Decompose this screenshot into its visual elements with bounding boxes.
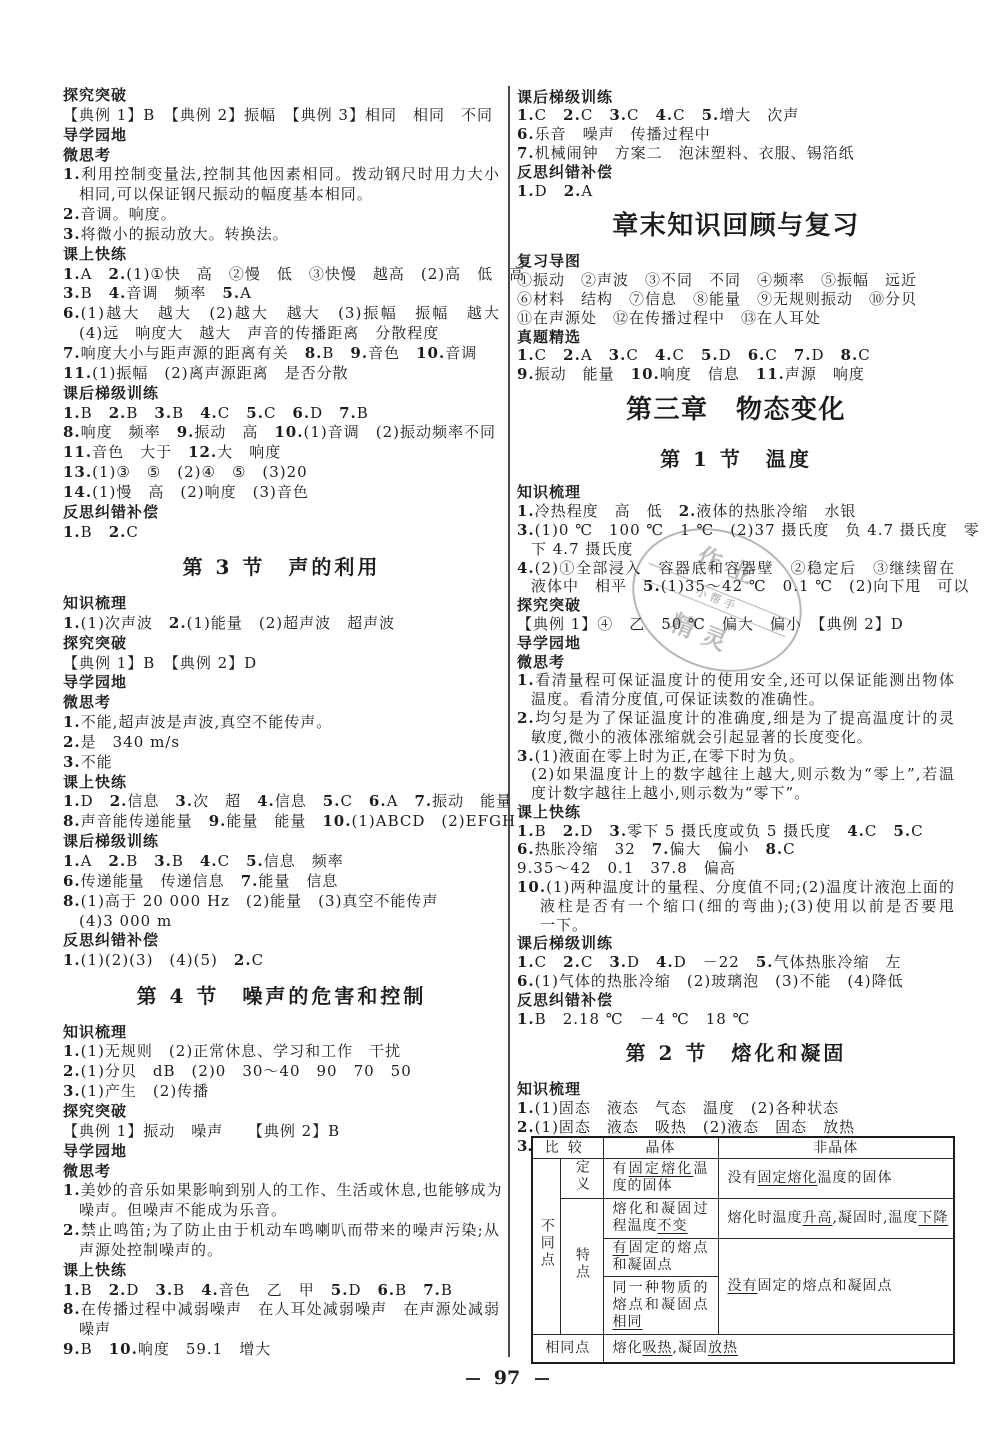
answer-line: ⑪在声源处 ⑫在传播过程中 ⑬在人耳处 xyxy=(517,309,955,328)
answer-item: 3.不能 xyxy=(63,753,500,773)
answer-item: 2.均匀是为了保证温度计的准确度,细是为了提高温度计的灵敏度,微小的液体涨缩就会… xyxy=(517,709,955,747)
right-column: 课后梯级训练1.C 2.C 3.C 4.C 5.增大 次声6.乐音 噪声 传播过… xyxy=(517,88,955,1357)
subsection-label: 知识梳理 xyxy=(517,1080,955,1099)
underlined-answer: 固定熔化 xyxy=(758,1170,818,1186)
cell-line: 有固定熔化温 xyxy=(613,1161,709,1178)
section-heading: 第 2 节 熔化和凝固 xyxy=(517,1028,955,1080)
subsection-label: 导学园地 xyxy=(63,1142,500,1162)
answer-item: 7.响度大小与距声源的距离有关 8.B 9.音色 10.音调 xyxy=(63,344,500,364)
answer-item: 【典例 1】振动 噪声 【典例 2】B xyxy=(63,1122,500,1142)
answer-item: 1.(1)(2)(3) (4)(5) 2.C xyxy=(63,951,500,971)
section-heading: 第 4 节 噪声的危害和控制 xyxy=(63,971,500,1023)
column-divider xyxy=(508,86,510,1357)
cell-text: 程温度 xyxy=(613,1218,658,1234)
subsection-label: 反思纠错补偿 xyxy=(63,931,500,951)
differences-label: 不同点 xyxy=(538,1218,555,1269)
crystal-comparison-table: 比较 晶体 非晶体 不同点 定义 有固定熔化温度的固体 没有固定熔化温度的固体 … xyxy=(531,1136,955,1364)
subsection-label: 课后梯级训练 xyxy=(63,832,500,852)
cell-text: 熔化 xyxy=(613,1340,643,1356)
answer-line: 温度。看清分度值,可保证读数的准确性。 xyxy=(517,690,955,709)
answer-item: 【典例 1】④ 乙 50 ℃ 偏大 偏小 【典例 2】D xyxy=(517,615,955,634)
cell-line: 度的固体 xyxy=(613,1178,709,1195)
answer-line: 4.(2)①全部浸入 容器底和容器壁 ②稳定后 ③继续留在 xyxy=(517,559,955,578)
answer-item: 11.(1)振幅 (2)离声源距离 是否分散 xyxy=(63,364,500,384)
cell-text: ,凝固 xyxy=(673,1340,708,1356)
answer-item: 1.(1)无规则 (2)正常休息、学习和工作 干扰 xyxy=(63,1042,500,1062)
answer-line: 液体中 相平 5.(1)35～42 ℃ 0.1 ℃ (2)向下甩 可以 xyxy=(517,577,955,596)
answer-item: 1.利用控制变量法,控制其他因素相同。拨动钢尺时用力大小相同,可以保证钢尺振动的… xyxy=(63,165,500,205)
answer-item: 3.(1)液面在零上时为正,在零下时为负。 xyxy=(517,747,955,766)
answer-item: 1.B 2.C xyxy=(63,523,500,543)
answer-line: 6.(1)气体的热胀冷缩 (2)玻璃泡 (3)不能 (4)降低 xyxy=(517,972,955,991)
answer-line: 3.不能 xyxy=(63,753,500,773)
answer-line: 3.(1)0 ℃ 100 ℃ 1 ℃ (2)37 摄氏度 负 4.7 摄氏度 零 xyxy=(517,521,955,540)
cell-definition-amorphous: 没有固定熔化温度的固体 xyxy=(718,1158,954,1198)
answer-item: (2)如果温度计上的数字越往上越大,则示数为“零上”,若温度计数字越往上越小,则… xyxy=(517,765,955,803)
underlined-answer: 不变 xyxy=(658,1218,688,1234)
cell-line: 熔化时温度升高,凝固时,温度下降 xyxy=(728,1210,945,1227)
answer-item: 9.B 10.响度 59.1 增大 xyxy=(63,1340,500,1360)
answer-line: 11.音色 大于 12.大 响度 xyxy=(63,443,500,463)
comparison-table-block: 3. 比较 晶体 非晶体 不同点 定义 有固定熔化温度的固体 没有固定熔化温度的… xyxy=(517,1136,955,1356)
answer-item: 8.响度 频率 9.振动 高 10.(1)音调 (2)振动频率不同 xyxy=(63,423,500,443)
answer-item: 1.B 2.B 3.B 4.C 5.C 6.D 7.B xyxy=(63,404,500,424)
answer-line: 下 4.7 摄氏度 xyxy=(517,540,955,559)
cell-text: 熔点和凝固点 xyxy=(613,1297,709,1313)
answer-item: 3.(1)产生 (2)传播 xyxy=(63,1082,500,1102)
answer-item: 1.冷热程度 高 低 2.液体的热胀冷缩 水银 xyxy=(517,502,955,521)
answer-item: ①振动 ②声波 ③不同 不同 ④频率 ⑤振幅 远近 xyxy=(517,271,955,290)
answer-item: 4.(2)①全部浸入 容器底和容器壁 ②稳定后 ③继续留在液体中 相平 5.(1… xyxy=(517,559,955,597)
subsection-label: 探究突破 xyxy=(517,596,955,615)
answer-item: 1.(1)固态 液态 气态 温度 (2)各种状态 xyxy=(517,1099,955,1118)
answer-line: 1.D 2.信息 3.次 超 4.信息 5.C 6.A 7.振动 能量 xyxy=(63,792,500,812)
answer-item: 2.音调。响度。 xyxy=(63,205,500,225)
header-compare: 比较 xyxy=(532,1137,603,1158)
answer-item: (4)3 000 m xyxy=(63,912,500,932)
answer-line: 2.(1)固态 液态 吸热 (2)液态 固态 放热 xyxy=(517,1118,955,1137)
answer-line: 噪声。但噪声不能成为乐音。 xyxy=(63,1201,500,1221)
answer-item: 3.将微小的振动放大。转换法。 xyxy=(63,225,500,245)
chapter-heading: 第三章 物态变化 xyxy=(517,384,955,436)
cell-text: 熔化和凝固过 xyxy=(613,1201,709,1217)
cell-melting-point-crystal: 有固定的熔点和凝固点 xyxy=(603,1238,718,1276)
subsection-label: 探究突破 xyxy=(63,86,500,106)
answer-item: 1.D 2.A xyxy=(517,182,955,201)
answer-item: 1.C 2.C 3.D 4.D －22 5.气体热胀冷缩 左 xyxy=(517,953,955,972)
cell-text: 没有 xyxy=(728,1170,758,1186)
differences-cell: 不同点 xyxy=(532,1158,560,1334)
subsection-label: 导学园地 xyxy=(517,634,955,653)
subsection-label: 探究突破 xyxy=(63,1102,500,1122)
answer-line: 【典例 1】B 【典例 2】振幅 【典例 3】相同 相同 不同 xyxy=(63,106,500,126)
answer-item: 1.看清量程可保证温度计的使用安全,还可以保证能测出物体温度。看清分度值,可保证… xyxy=(517,671,955,709)
answer-line: 一下。 xyxy=(517,916,955,935)
subsection-label: 微思考 xyxy=(63,146,500,166)
answer-item: 14.(1)慢 高 (2)响度 (3)音色 xyxy=(63,483,500,503)
cell-line: 没有固定的熔点和凝固点 xyxy=(728,1278,945,1295)
answer-item: 6.(1)气体的热胀冷缩 (2)玻璃泡 (3)不能 (4)降低 xyxy=(517,972,955,991)
answer-line: 1.A 2.B 3.B 4.C 5.信息 频率 xyxy=(63,852,500,872)
answer-line: 1.美妙的音乐如果影响到别人的工作、生活或休息,也能够成为 xyxy=(63,1181,500,1201)
answer-item: 1.B 2.D 3.B 4.音色 乙 甲 5.D 6.B 7.B xyxy=(63,1281,500,1301)
answer-line: 1.C 2.C 3.D 4.D －22 5.气体热胀冷缩 左 xyxy=(517,953,955,972)
answer-line: 1.C 2.C 3.C 4.C 5.增大 次声 xyxy=(517,106,955,125)
answer-item: 8.(1)高于 20 000 Hz (2)能量 (3)真空不能传声 xyxy=(63,892,500,912)
answer-line: 1.B 2.18 ℃ －4 ℃ 18 ℃ xyxy=(517,1010,955,1029)
answer-item: 10.(1)两种温度计的量程、分度值不同;(2)温度计液泡上面的液柱是否有一个缩… xyxy=(517,878,955,934)
answer-line: 1.C 2.A 3.C 4.C 5.D 6.C 7.D 8.C xyxy=(517,346,955,365)
cell-text: ,凝固时,温度 xyxy=(833,1210,919,1226)
answer-item: 3.B 4.音调 频率 5.A xyxy=(63,284,500,304)
cell-line: 熔化和凝固过 xyxy=(613,1201,709,1218)
answer-line: (4)远 响度大 越大 声音的传播距离 分散程度 xyxy=(63,324,500,344)
answer-line: 7.机械闹钟 方案二 泡沫塑料、衣服、锡箔纸 xyxy=(517,144,955,163)
answer-line: 6.传递能量 传递信息 7.能量 信息 xyxy=(63,872,500,892)
answer-line: 6.乐音 噪声 传播过程中 xyxy=(517,125,955,144)
answer-item: 9.35～42 0.1 37.8 偏高 xyxy=(517,859,955,878)
answer-item: 1.美妙的音乐如果影响到别人的工作、生活或休息,也能够成为噪声。但噪声不能成为乐… xyxy=(63,1181,500,1221)
subsection-label: 反思纠错补偿 xyxy=(63,503,500,523)
cell-text: 和凝固点 xyxy=(613,1257,673,1273)
underlined-answer: 有 xyxy=(613,1240,629,1256)
answer-line: 相同,可以保证钢尺振动的幅度基本相同。 xyxy=(63,185,500,205)
answer-line: 8.响度 频率 9.振动 高 10.(1)音调 (2)振动频率不同 xyxy=(63,423,500,443)
answer-line: 2.(1)分贝 dB (2)0 30～40 90 70 50 xyxy=(63,1062,500,1082)
answer-line: 1.(1)(2)(3) (4)(5) 2.C xyxy=(63,951,500,971)
answer-line: 2.音调。响度。 xyxy=(63,205,500,225)
subsection-label: 知识梳理 xyxy=(63,594,500,614)
answer-line: 度计数字越往上越小,则示数为“零下”。 xyxy=(517,784,955,803)
subsection-label: 探究突破 xyxy=(63,634,500,654)
answer-item: 【典例 1】B 【典例 2】D xyxy=(63,654,500,674)
answer-item: 1.A 2.(1)①快 高 ②慢 低 ③快慢 越高 (2)高 低 高 xyxy=(63,265,500,285)
answer-line: 9.B 10.响度 59.1 增大 xyxy=(63,1340,500,1360)
answer-item: 1.不能,超声波是声波,真空不能传声。 xyxy=(63,713,500,733)
subsection-label: 课后梯级训练 xyxy=(63,384,500,404)
answer-line: 14.(1)慢 高 (2)响度 (3)音色 xyxy=(63,483,500,503)
cell-text: 熔化时温度 xyxy=(728,1210,803,1226)
answer-line: 1.利用控制变量法,控制其他因素相同。拨动钢尺时用力大小 xyxy=(63,165,500,185)
answer-line: 敏度,微小的液体涨缩就会引起显著的长度变化。 xyxy=(517,728,955,747)
answer-line: 10.(1)两种温度计的量程、分度值不同;(2)温度计液泡上面的 xyxy=(517,878,955,897)
left-column: 探究突破【典例 1】B 【典例 2】振幅 【典例 3】相同 相同 不同导学园地微… xyxy=(63,86,500,1360)
cell-text: 同一种物质的 xyxy=(613,1280,709,1296)
subsection-label: 反思纠错补偿 xyxy=(517,163,955,182)
answer-line: 1.B 2.D 3.B 4.音色 乙 甲 5.D 6.B 7.B xyxy=(63,1281,500,1301)
subsection-label: 反思纠错补偿 xyxy=(517,991,955,1010)
answer-line: 1.冷热程度 高 低 2.液体的热胀冷缩 水银 xyxy=(517,502,955,521)
subsection-label: 导学园地 xyxy=(63,126,500,146)
chapter-heading: 章末知识回顾与复习 xyxy=(517,200,955,252)
cell-melting-point-amorphous: 没有固定的熔点和凝固点 xyxy=(718,1238,954,1334)
subsection-label: 课上快练 xyxy=(63,773,500,793)
answer-line: ⑥材料 结构 ⑦信息 ⑧能量 ⑨无规则振动 ⑩分贝 xyxy=(517,290,955,309)
answer-line: 2.是 340 m/s xyxy=(63,733,500,753)
answer-line: 9.振动 能量 10.响度 信息 11.声源 响度 xyxy=(517,365,955,384)
subsection-label: 微思考 xyxy=(63,1162,500,1182)
definition-label: 定义 xyxy=(573,1159,590,1193)
underlined-answer: 固定熔化 xyxy=(629,1161,694,1177)
similarities-label: 相同点 xyxy=(532,1334,603,1363)
cell-text: 温 xyxy=(694,1161,709,1177)
answer-item: 2.(1)分贝 dB (2)0 30～40 90 70 50 xyxy=(63,1062,500,1082)
answer-line: 2.均匀是为了保证温度计的准确度,细是为了提高温度计的灵 xyxy=(517,709,955,728)
subsection-label: 课上快练 xyxy=(517,803,955,822)
cell-line: 熔化吸热,凝固放热 xyxy=(613,1340,945,1357)
answer-item: 8.声音能传递能量 9.能量 能量 10.(1)ABCD (2)EFGH xyxy=(63,812,500,832)
cell-process-amorphous: 熔化时温度升高,凝固时,温度下降 xyxy=(718,1198,954,1238)
underlined-answer: 放热 xyxy=(708,1340,738,1356)
definition-cell: 定义 xyxy=(560,1158,603,1198)
answer-item: 1.C 2.C 3.C 4.C 5.增大 次声 xyxy=(517,106,955,125)
answer-line: 1.看清量程可保证温度计的使用安全,还可以保证能测出物体 xyxy=(517,671,955,690)
underlined-answer: 相同 xyxy=(613,1314,643,1330)
answer-line: 7.响度大小与距声源的距离有关 8.B 9.音色 10.音调 xyxy=(63,344,500,364)
answer-item: 1.C 2.A 3.C 4.C 5.D 6.C 7.D 8.C xyxy=(517,346,955,365)
answer-line: 1.B 2.C xyxy=(63,523,500,543)
answer-line: 11.(1)振幅 (2)离声源距离 是否分散 xyxy=(63,364,500,384)
cell-text: 固定的熔点 xyxy=(629,1240,709,1256)
answer-item: 1.A 2.B 3.B 4.C 5.信息 频率 xyxy=(63,852,500,872)
answer-line: 3.(1)产生 (2)传播 xyxy=(63,1082,500,1102)
cell-text: 度的固体 xyxy=(613,1178,673,1194)
cell-similarities: 熔化吸热,凝固放热 xyxy=(603,1334,954,1363)
answer-line: 1.(1)次声波 2.(1)能量 (2)超声波 超声波 xyxy=(63,614,500,634)
answer-item: 13.(1)③ ⑤ (2)④ ⑤ (3)20 xyxy=(63,463,500,483)
answer-line: 13.(1)③ ⑤ (2)④ ⑤ (3)20 xyxy=(63,463,500,483)
underlined-answer: 下降 xyxy=(918,1210,948,1226)
cell-line: 没有固定熔化温度的固体 xyxy=(728,1170,945,1187)
subsection-label: 导学园地 xyxy=(63,673,500,693)
answer-item: 6.乐音 噪声 传播过程中 xyxy=(517,125,955,144)
answer-line: 1.A 2.(1)①快 高 ②慢 低 ③快慢 越高 (2)高 低 高 xyxy=(63,265,500,285)
answer-line: 1.(1)无规则 (2)正常休息、学习和工作 干扰 xyxy=(63,1042,500,1062)
answer-line: 1.不能,超声波是声波,真空不能传声。 xyxy=(63,713,500,733)
answer-item: 6.热胀冷缩 32 7.偏大 偏小 8.C xyxy=(517,840,955,859)
answer-line: 6.(1)越大 越大 (2)越大 越大 (3)振幅 振幅 越大 xyxy=(63,304,500,324)
answer-item: 11.音色 大于 12.大 响度 xyxy=(63,443,500,463)
cell-line: 熔点和凝固点 xyxy=(613,1297,709,1314)
answer-item: 6.(1)越大 越大 (2)越大 越大 (3)振幅 振幅 越大(4)远 响度大 … xyxy=(63,304,500,344)
cell-line: 和凝固点 xyxy=(613,1257,709,1274)
cell-process-crystal: 熔化和凝固过程温度不变 xyxy=(603,1198,718,1238)
subsection-label: 复习导图 xyxy=(517,252,955,271)
underlined-answer: 吸热 xyxy=(643,1340,673,1356)
section-heading: 第 3 节 声的利用 xyxy=(63,542,500,594)
answer-item: 1.D 2.信息 3.次 超 4.信息 5.C 6.A 7.振动 能量 xyxy=(63,792,500,812)
answer-line: 3.B 4.音调 频率 5.A xyxy=(63,284,500,304)
answer-item: ⑪在声源处 ⑫在传播过程中 ⑬在人耳处 xyxy=(517,309,955,328)
answer-item: 1.B 2.D 3.零下 5 摄氏度或负 5 摄氏度 4.C 5.C xyxy=(517,822,955,841)
page-number-dash-right xyxy=(535,1378,549,1380)
cell-text: 温度的固体 xyxy=(818,1170,893,1186)
features-label: 特点 xyxy=(573,1247,590,1281)
answer-line: 1.B 2.B 3.B 4.C 5.C 6.D 7.B xyxy=(63,404,500,424)
cell-line: 程温度不变 xyxy=(613,1218,709,1235)
subsection-label: 课后梯级训练 xyxy=(517,88,955,107)
cell-same-substance-crystal: 同一种物质的熔点和凝固点相同 xyxy=(603,1276,718,1334)
subsection-label: 微思考 xyxy=(63,693,500,713)
subsection-label: 真题精选 xyxy=(517,328,955,347)
features-cell: 特点 xyxy=(560,1198,603,1334)
answer-line: (2)如果温度计上的数字越往上越大,则示数为“零上”,若温 xyxy=(517,765,955,784)
subsection-label: 课后梯级训练 xyxy=(517,934,955,953)
answer-line: 噪声 xyxy=(63,1320,500,1340)
answer-line: 3.将微小的振动放大。转换法。 xyxy=(63,225,500,245)
answer-line: 液柱是否有一个缩口(细的弯曲);(3)使用以前是否要甩 xyxy=(517,897,955,916)
answer-item: 9.振动 能量 10.响度 信息 11.声源 响度 xyxy=(517,365,955,384)
answer-item: 7.机械闹钟 方案二 泡沫塑料、衣服、锡箔纸 xyxy=(517,144,955,163)
answer-item: 1.(1)次声波 2.(1)能量 (2)超声波 超声波 xyxy=(63,614,500,634)
answer-line: (4)3 000 m xyxy=(63,912,500,932)
subsection-label: 知识梳理 xyxy=(63,1023,500,1043)
subsection-label: 微思考 xyxy=(517,653,955,672)
underlined-answer: 升高 xyxy=(803,1210,833,1226)
cell-definition-crystal: 有固定熔化温度的固体 xyxy=(603,1158,718,1198)
answer-line: 【典例 1】④ 乙 50 ℃ 偏大 偏小 【典例 2】D xyxy=(517,615,955,634)
subsection-label: 课上快练 xyxy=(63,1261,500,1281)
answer-item: 3.(1)0 ℃ 100 ℃ 1 ℃ (2)37 摄氏度 负 4.7 摄氏度 零… xyxy=(517,521,955,559)
answer-item: 【典例 1】B 【典例 2】振幅 【典例 3】相同 相同 不同 xyxy=(63,106,500,126)
answer-item: 6.传递能量 传递信息 7.能量 信息 xyxy=(63,872,500,892)
cell-line: 有固定的熔点 xyxy=(613,1240,709,1257)
answer-item: 2.是 340 m/s xyxy=(63,733,500,753)
header-crystal: 晶体 xyxy=(603,1137,718,1158)
cell-text: 固定的熔点和凝固点 xyxy=(758,1278,893,1294)
answer-line: 【典例 1】B 【典例 2】D xyxy=(63,654,500,674)
answer-line: 1.D 2.A xyxy=(517,182,955,201)
cell-line: 同一种物质的 xyxy=(613,1280,709,1297)
cell-line: 相同 xyxy=(613,1314,709,1331)
answer-item: ⑥材料 结构 ⑦信息 ⑧能量 ⑨无规则振动 ⑩分贝 xyxy=(517,290,955,309)
cell-text: 有 xyxy=(613,1161,629,1177)
answer-line: 9.35～42 0.1 37.8 偏高 xyxy=(517,859,955,878)
underlined-answer: 没有 xyxy=(728,1278,758,1294)
answer-line: 8.(1)高于 20 000 Hz (2)能量 (3)真空不能传声 xyxy=(63,892,500,912)
answer-item: 2.禁止鸣笛;为了防止由于机动车鸣喇叭而带来的噪声污染;从声源处控制噪声的。 xyxy=(63,1221,500,1261)
answer-line: 8.声音能传递能量 9.能量 能量 10.(1)ABCD (2)EFGH xyxy=(63,812,500,832)
answer-line: ①振动 ②声波 ③不同 不同 ④频率 ⑤振幅 远近 xyxy=(517,271,955,290)
answer-line: 3.(1)液面在零上时为正,在零下时为负。 xyxy=(517,747,955,766)
answer-item: 2.(1)固态 液态 吸热 (2)液态 固态 放热 xyxy=(517,1118,955,1137)
answer-line: 1.B 2.D 3.零下 5 摄氏度或负 5 摄氏度 4.C 5.C xyxy=(517,822,955,841)
header-amorphous: 非晶体 xyxy=(718,1137,954,1158)
answer-line: 【典例 1】振动 噪声 【典例 2】B xyxy=(63,1122,500,1142)
subsection-label: 课上快练 xyxy=(63,245,500,265)
answer-line: 2.禁止鸣笛;为了防止由于机动车鸣喇叭而带来的噪声污染;从 xyxy=(63,1221,500,1241)
answer-line: 8.在传播过程中减弱噪声 在人耳处减弱噪声 在声源处减弱 xyxy=(63,1300,500,1320)
subsection-label: 知识梳理 xyxy=(517,483,955,502)
answer-line: 声源处控制噪声的。 xyxy=(63,1241,500,1261)
section-heading: 第 1 节 温度 xyxy=(517,436,955,483)
answer-line: 1.(1)固态 液态 气态 温度 (2)各种状态 xyxy=(517,1099,955,1118)
answer-line: 6.热胀冷缩 32 7.偏大 偏小 8.C xyxy=(517,840,955,859)
answer-item: 1.B 2.18 ℃ －4 ℃ 18 ℃ xyxy=(517,1010,955,1029)
answer-item: 8.在传播过程中减弱噪声 在人耳处减弱噪声 在声源处减弱噪声 xyxy=(63,1300,500,1340)
